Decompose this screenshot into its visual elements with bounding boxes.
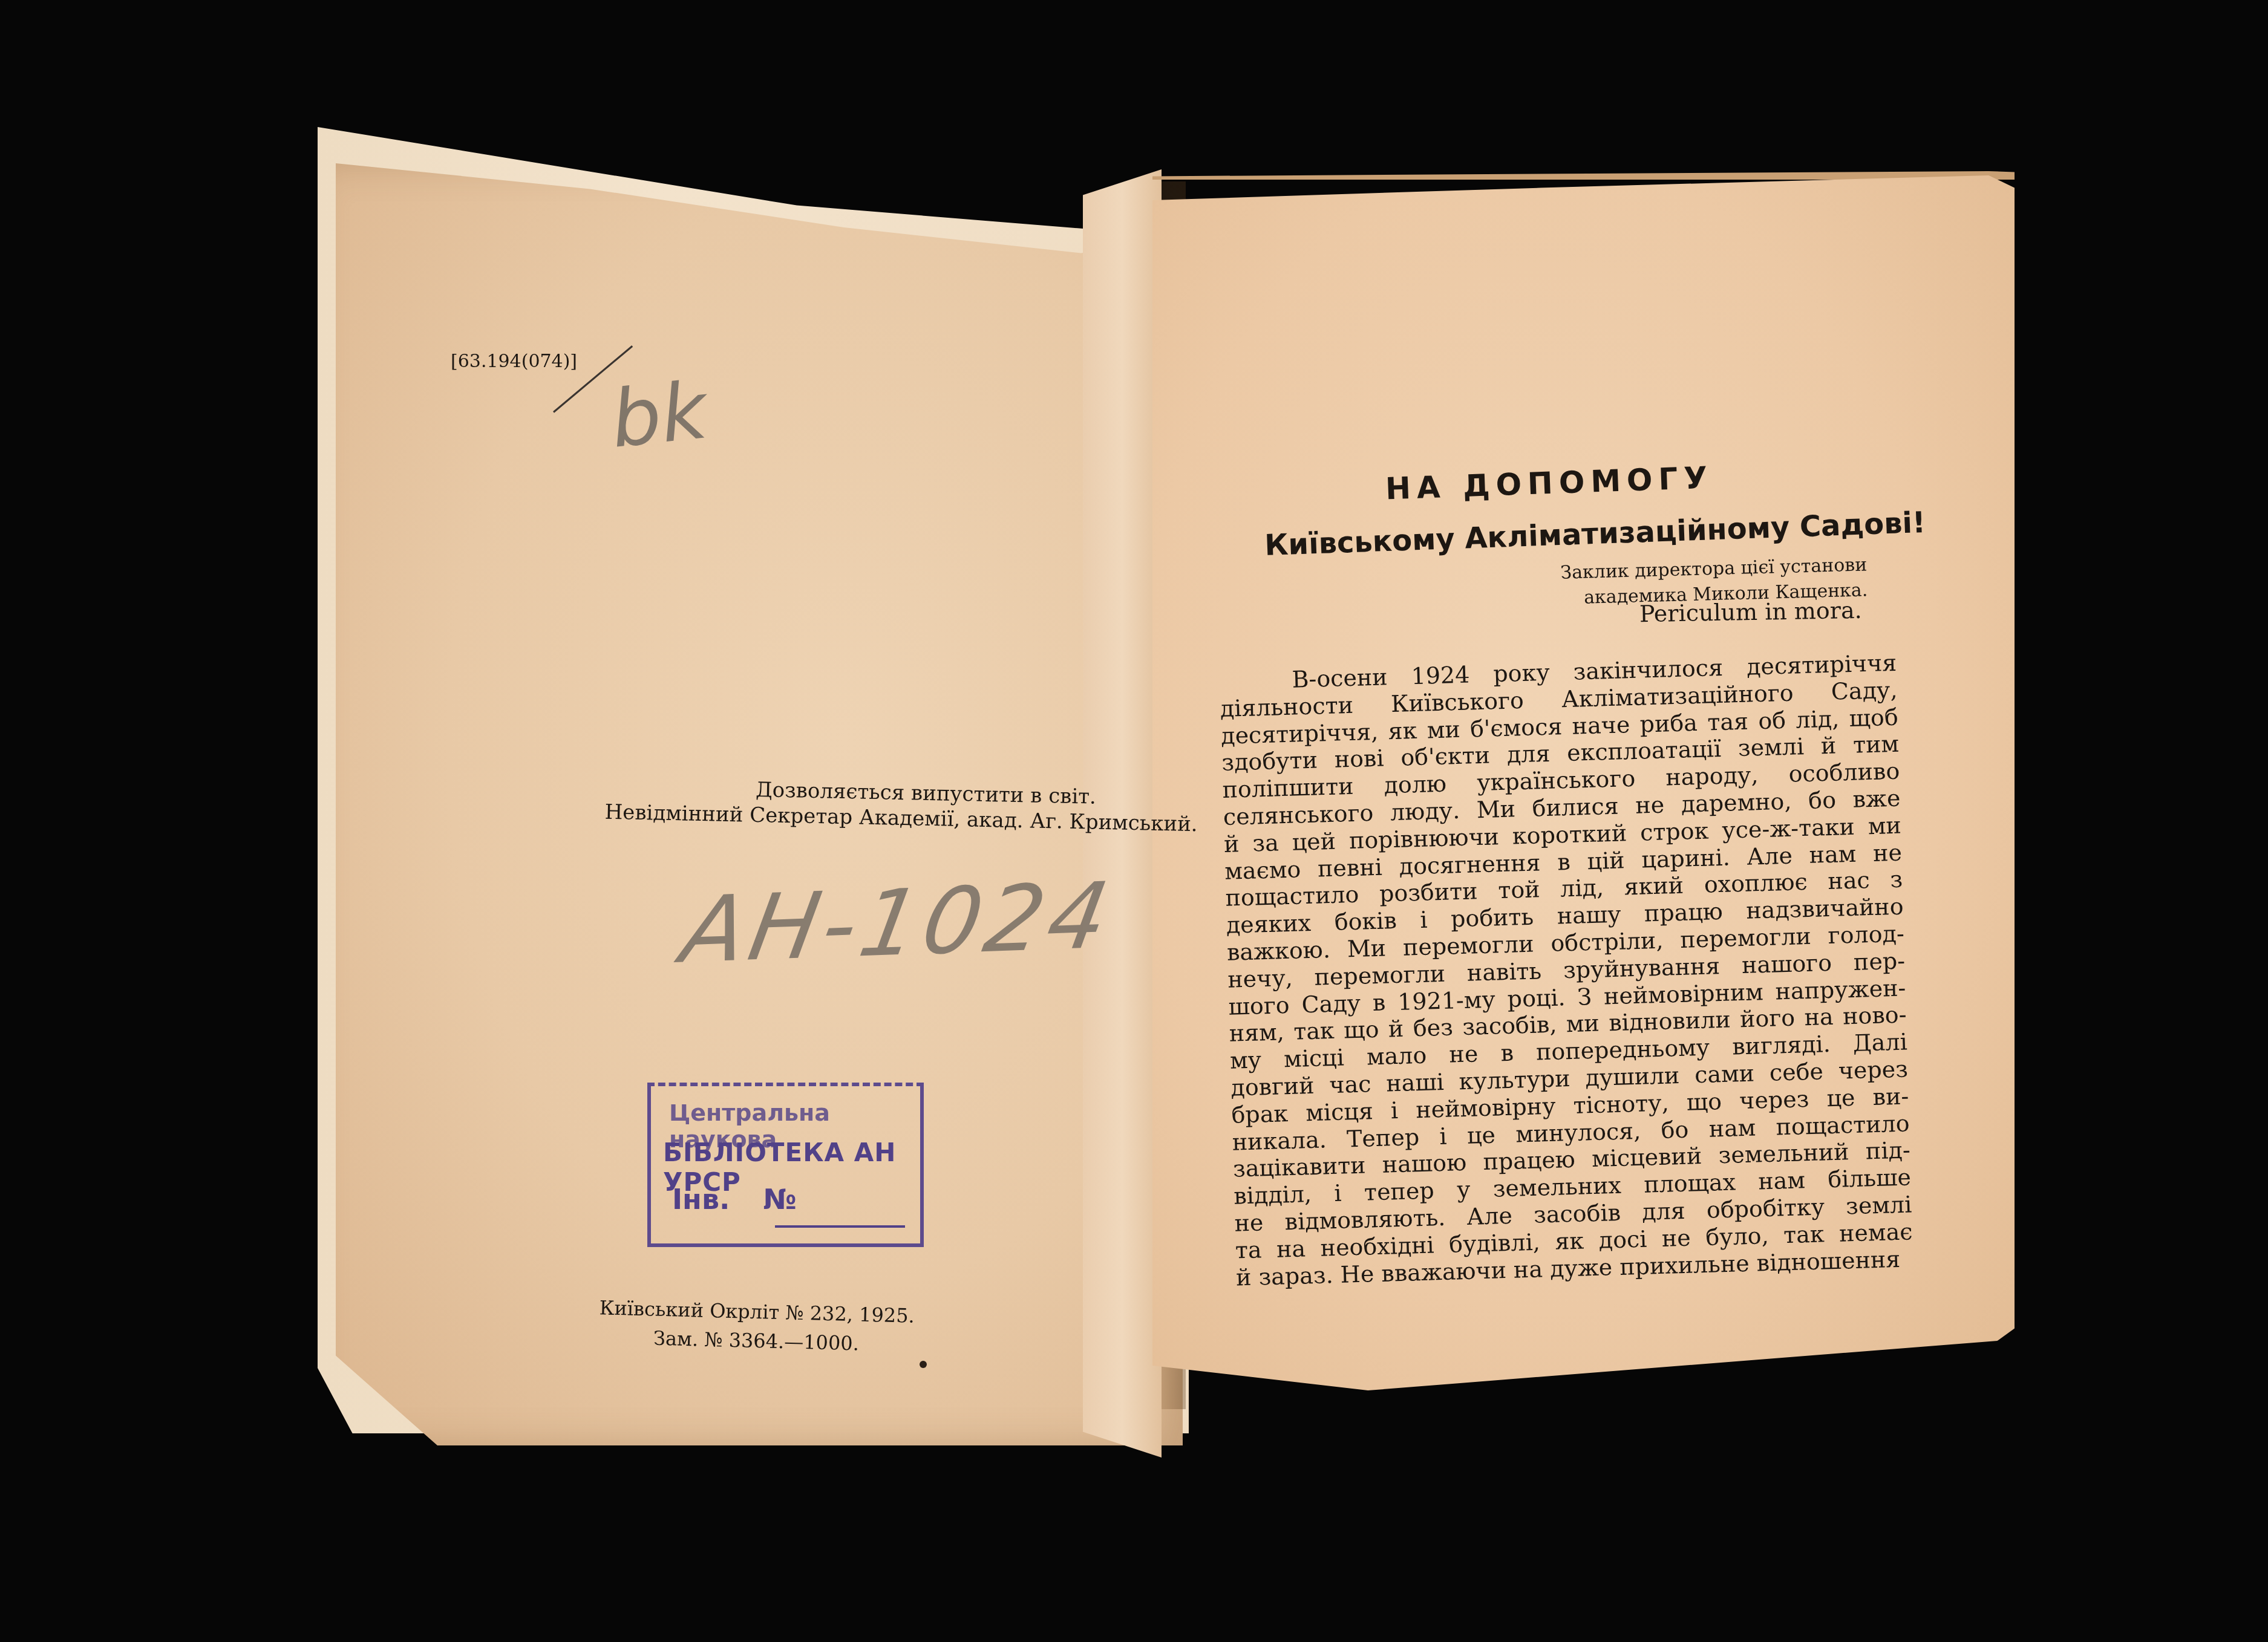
handwritten-mark: bk bbox=[606, 364, 711, 466]
handwritten-shelfmark: АН-1024 bbox=[675, 863, 1121, 984]
book-photo: [63.194(074)] bk Дозволяється випустити … bbox=[0, 0, 2268, 1642]
classification-code: [63.194(074)] bbox=[451, 351, 577, 372]
stamp-inventory: Інв.№ bbox=[672, 1183, 797, 1216]
library-stamp: Центральна наукова БІБЛІОТЕКА АН УРСР Ін… bbox=[647, 1083, 924, 1247]
ink-spot bbox=[920, 1361, 927, 1368]
motto: Periculum in mora. bbox=[1639, 597, 1862, 627]
body-text: В-осени 1924 року закінчилося десятирічч… bbox=[1219, 650, 1913, 1291]
stamp-number-label: № bbox=[763, 1183, 796, 1216]
printer-imprint: Київський Окрліт № 232, 1925. Зам. № 336… bbox=[598, 1293, 915, 1360]
stamp-number-line bbox=[775, 1225, 905, 1228]
stamp-inv-label: Інв. bbox=[672, 1183, 730, 1216]
